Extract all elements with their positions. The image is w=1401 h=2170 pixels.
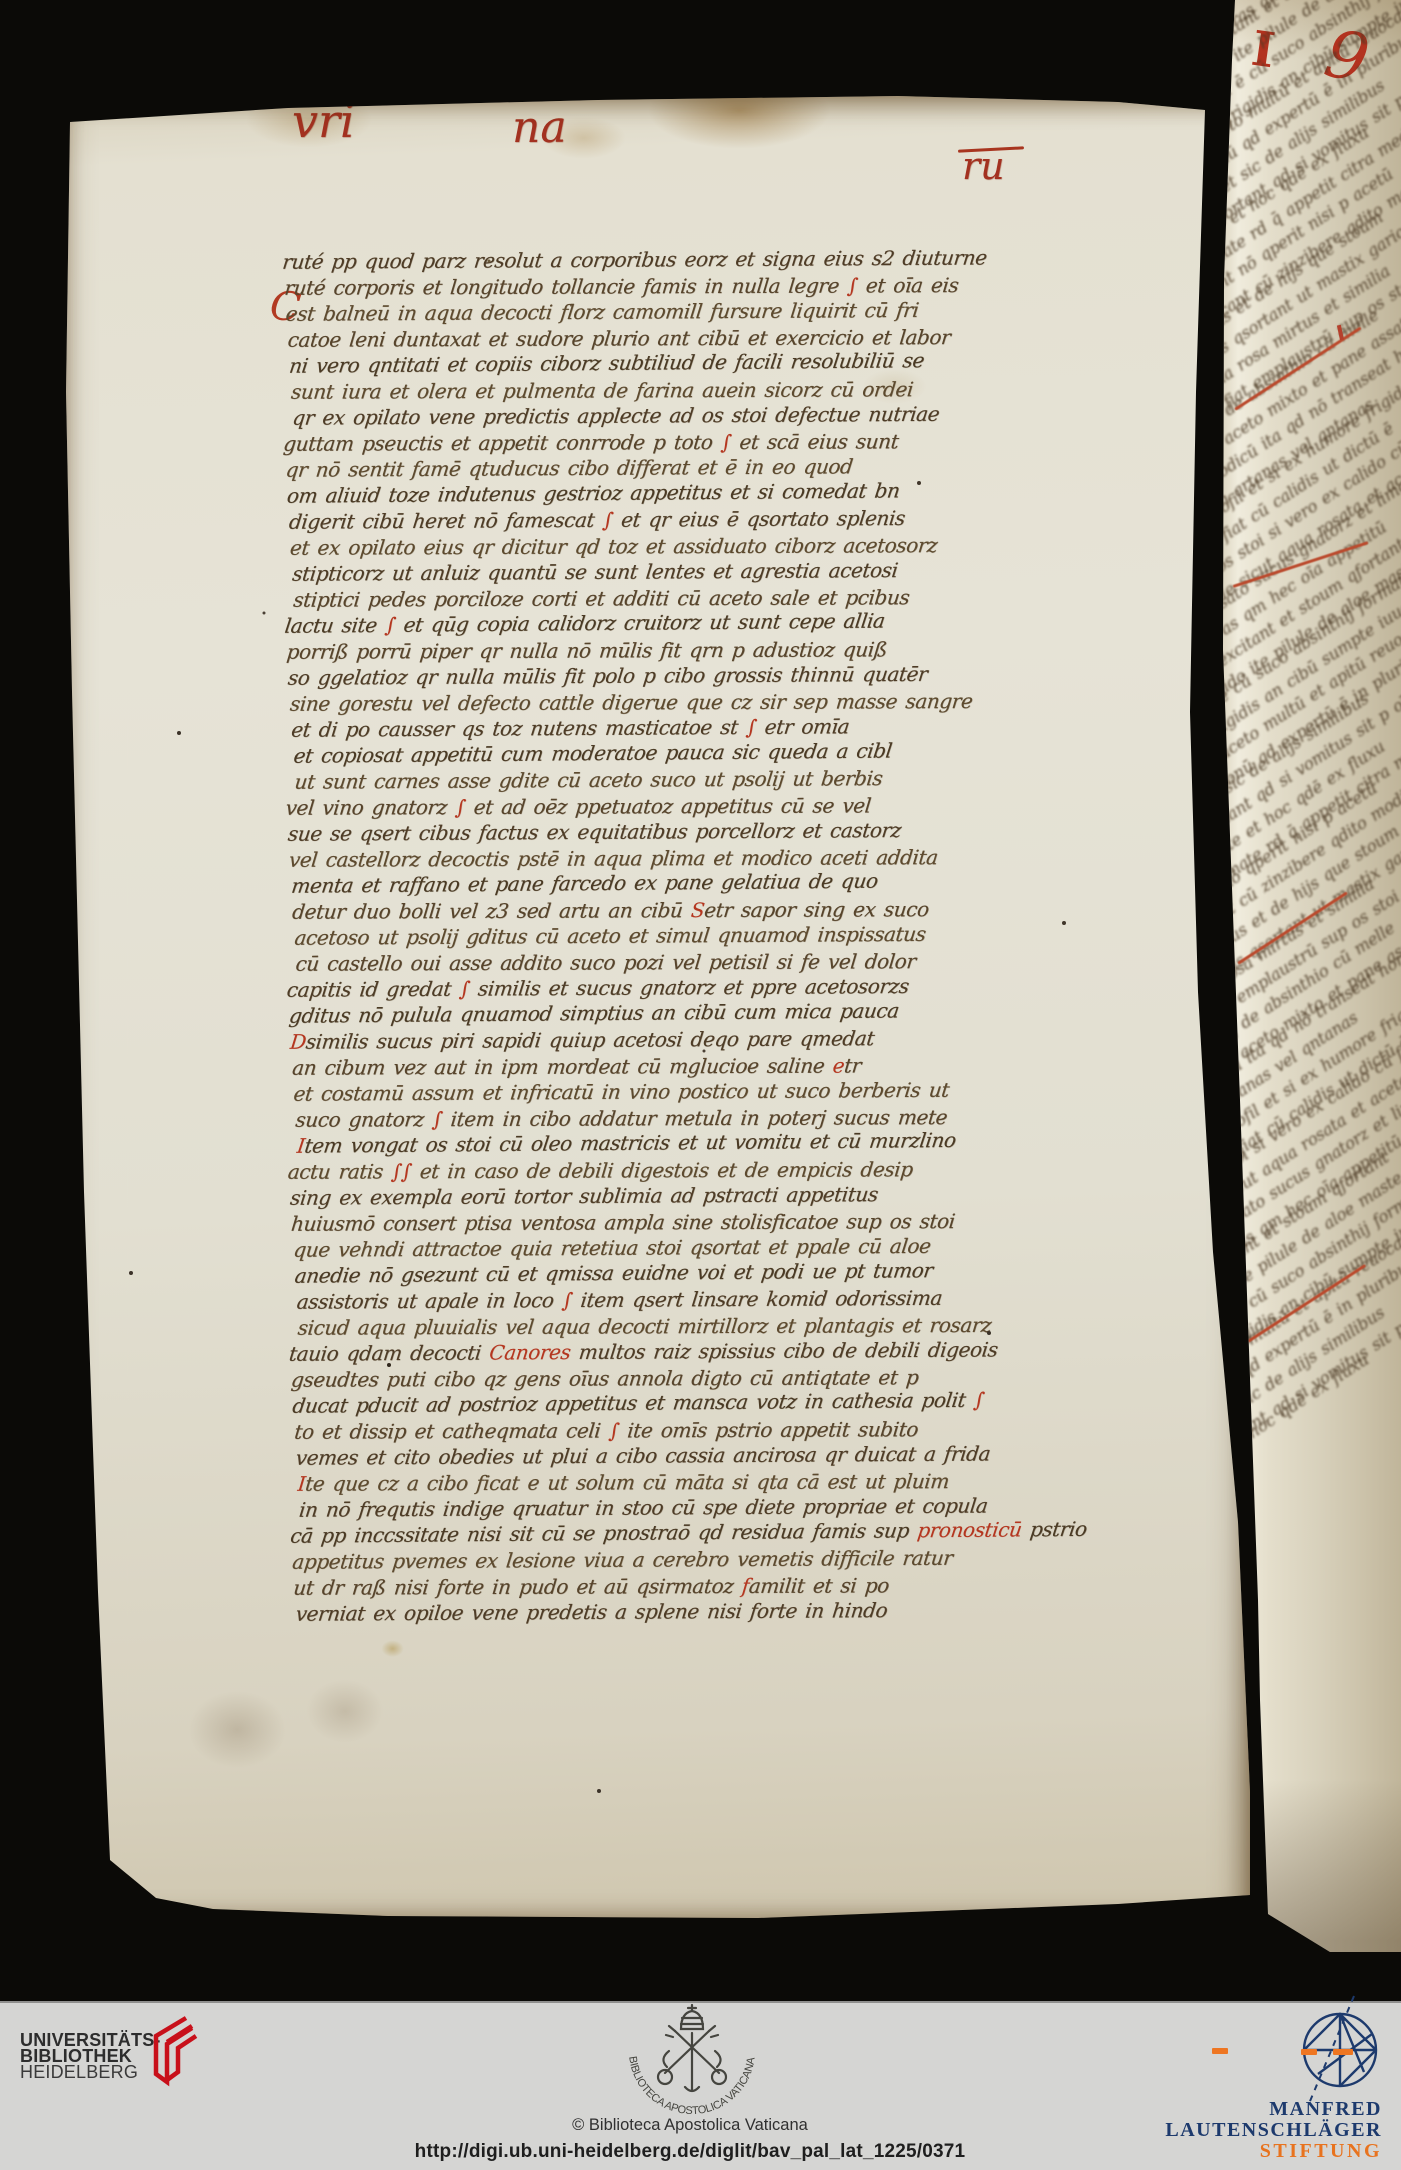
manuscript-line: tauio qdam decocti Canores multos raiz s… <box>288 1337 999 1365</box>
open-book-icon <box>142 2014 200 2094</box>
manuscript-line: suco gnatorz ∫ item in cibo addatur metu… <box>294 1105 948 1132</box>
manuscript-line: que vehndi attractoe quia retetiua stoi … <box>292 1234 932 1262</box>
ub-line-3: HEIDELBERG <box>20 2064 161 2080</box>
manuscript-line: Item vongat os stoi cū oleo mastricis et… <box>296 1128 958 1158</box>
manuscript-line: vemes et cito obedies ut plui a cibo cas… <box>294 1441 991 1469</box>
ml-stiftung-wordmark: MANFRED LAUTENSCHLÄGER STIFTUNG <box>1122 2099 1382 2162</box>
manuscript-line: stiptici pedes porciloze corti et additi… <box>292 585 910 611</box>
manuscript-line: sunt iura et olera et pulmenta de farina… <box>289 377 913 404</box>
manuscript-line: cā pp inccssitate nisi sit cū se pnostra… <box>289 1517 1089 1548</box>
manuscript-line: vel vino gnatorz ∫ et ad oēz ppetuatoz a… <box>284 793 872 819</box>
manuscript-line: anedie nō gsezunt cū et qmissa euidne vo… <box>293 1258 934 1288</box>
manuscript-line: lactu site ∫ et qūg copia calidorz cruit… <box>283 609 886 638</box>
manuscript-line: menta et raffano et pane farcedo ex pane… <box>289 869 878 898</box>
manuscript-line: est balneū in aqua decocti florz camomil… <box>284 298 919 326</box>
manuscript-line: gseudtes puti cibo qz gens oīus annola d… <box>289 1365 919 1392</box>
manuscript-line: et di po causser qs toz nutens masticato… <box>290 714 851 741</box>
manuscript-line: vel castellorz decoctis pstē in aqua pli… <box>288 845 939 872</box>
manuscript-line: sing ex exempla eorū tortor sublimia ad … <box>288 1182 879 1210</box>
manuscript-line: actu ratis ∫∫ et in caso de debili diges… <box>287 1157 914 1184</box>
manuscript-line: om aliuid toze indutenus gestrioz appeti… <box>286 478 902 507</box>
manuscript-line: qr ex opilato vene predictis applecte ad… <box>291 402 941 430</box>
source-url-text: http://digi.ub.uni-heidelberg.de/diglit/… <box>340 2141 1040 2163</box>
manuscript-line: Dsimilis sucus piri sapidi quiup acetosi… <box>289 1026 876 1054</box>
manuscript-line: qr nō sentit famē qtuducus cibo differat… <box>284 454 854 481</box>
running-title-na: na <box>512 102 567 153</box>
manuscript-line: ni vero qntitati et copiis ciborz subtil… <box>288 348 926 378</box>
copyright-text: © Biblioteca Apostolica Vaticana <box>440 2116 940 2135</box>
manuscript-line: ruté pp quod parz resolut a corporibus e… <box>281 245 988 273</box>
ub-heidelberg-wordmark: UNIVERSITÄTS- BIBLIOTHEK HEIDELBERG <box>20 2032 161 2080</box>
manuscript-line: verniat ex opiloe vene predetis a splene… <box>294 1598 888 1626</box>
manuscript-line: appetitus pvemes ex lesione viua a cereb… <box>291 1546 954 1574</box>
manuscript-line: catoe leni duntaxat et sudore plurio ant… <box>286 325 951 352</box>
manuscript-line: so ggelatioz qr nulla mūlis fit polo p c… <box>287 662 929 690</box>
manuscript-text-block: ruté pp quod parz resolut a corporibus e… <box>284 244 1189 250</box>
manuscript-line: capitis id gredat ∫ similis et sucus gna… <box>286 974 911 1002</box>
manuscript-line: sue se qsert cibus factus ex equitatibus… <box>286 818 902 846</box>
manuscript-line: cū castello oui asse addito suco pozi ve… <box>294 949 916 976</box>
manuscript-line: an cibum vez aut in ipm mordeat cū mgluc… <box>291 1053 862 1079</box>
manuscript-line: ruté corporis et longitudo tollancie fam… <box>283 273 959 300</box>
manuscript-line: assistoris ut apale in loco ∫ item qsert… <box>295 1286 943 1314</box>
running-title-vri: vri <box>292 94 355 148</box>
manuscript-line: ducat pducit ad postrioz appetitus et ma… <box>291 1388 985 1418</box>
parchment-specks <box>58 92 60 94</box>
ml-line-3: STIFTUNG <box>1122 2141 1382 2162</box>
manuscript-line: sine gorestu vel defecto cattle digerue … <box>288 689 973 716</box>
manuscript-line: detur duo bolli vel z3 sed artu an cibū … <box>291 897 930 924</box>
manuscript-line: digerit cibū heret nō famescat ∫ et qr e… <box>287 506 906 534</box>
ml-line-1: MANFRED <box>1122 2099 1382 2120</box>
manuscript-line: ut dr raß nisi forte in pudo et aū qsirm… <box>292 1573 890 1599</box>
vatican-seal-icon: BIBLIOTECA APOSTOLICA VATICANA <box>607 1999 777 2121</box>
red-tick-marks <box>1208 0 1214 15</box>
manuscript-line: to et dissip et catheqmata celi ∫ ite om… <box>293 1417 919 1444</box>
manuscript-page: vri na ru C ruté pp quod parz resolut a … <box>58 92 1253 1932</box>
digitized-manuscript-viewer: vri na ru C ruté pp quod parz resolut a … <box>0 0 1401 2170</box>
manuscript-line: et ex opilato eius qr dicitur qd toz et … <box>289 533 939 560</box>
manuscript-line: gditus nō pulula qnuamod simptius an cib… <box>287 998 900 1027</box>
manuscript-line: in nō frequtis indige qruatur in stoo cū… <box>298 1493 989 1521</box>
ml-orange-dash <box>1301 2049 1317 2055</box>
footer-bar: UNIVERSITÄTS- BIBLIOTHEK HEIDELBERG <box>0 2001 1401 2170</box>
manuscript-line: sicud aqua pluuialis vel aqua decocti mi… <box>297 1313 993 1340</box>
manuscript-line: guttam pseuctis et appetit conrrode p to… <box>282 429 899 455</box>
manuscript-line: et copiosat appetitū cum moderatoe pauca… <box>292 738 893 767</box>
manuscript-line: Ite que cz a cibo ficat e ut solum cū mā… <box>296 1469 950 1496</box>
ml-line-2: LAUTENSCHLÄGER <box>1122 2120 1382 2141</box>
manuscript-line: porriß porrū piper qr nulla nō mūlis fit… <box>285 637 888 663</box>
ub-heidelberg-logo: UNIVERSITÄTS- BIBLIOTHEK HEIDELBERG <box>20 2014 230 2094</box>
manuscript-line: stipticorz ut anluiz quantū se sunt lent… <box>291 558 899 586</box>
ml-orange-dash <box>1212 2048 1228 2054</box>
manuscript-line: acetoso ut psolij gditus cū aceto et sim… <box>293 922 927 950</box>
manuscript-line: huiusmō consert ptisa ventosa ampla sine… <box>290 1209 956 1236</box>
manuscript-line: ut sunt carnes asse gdite cū aceto suco … <box>293 766 884 794</box>
ml-orange-dash <box>1333 2049 1353 2055</box>
manuscript-line: et costamū assum et infricatū in vino po… <box>292 1078 950 1106</box>
